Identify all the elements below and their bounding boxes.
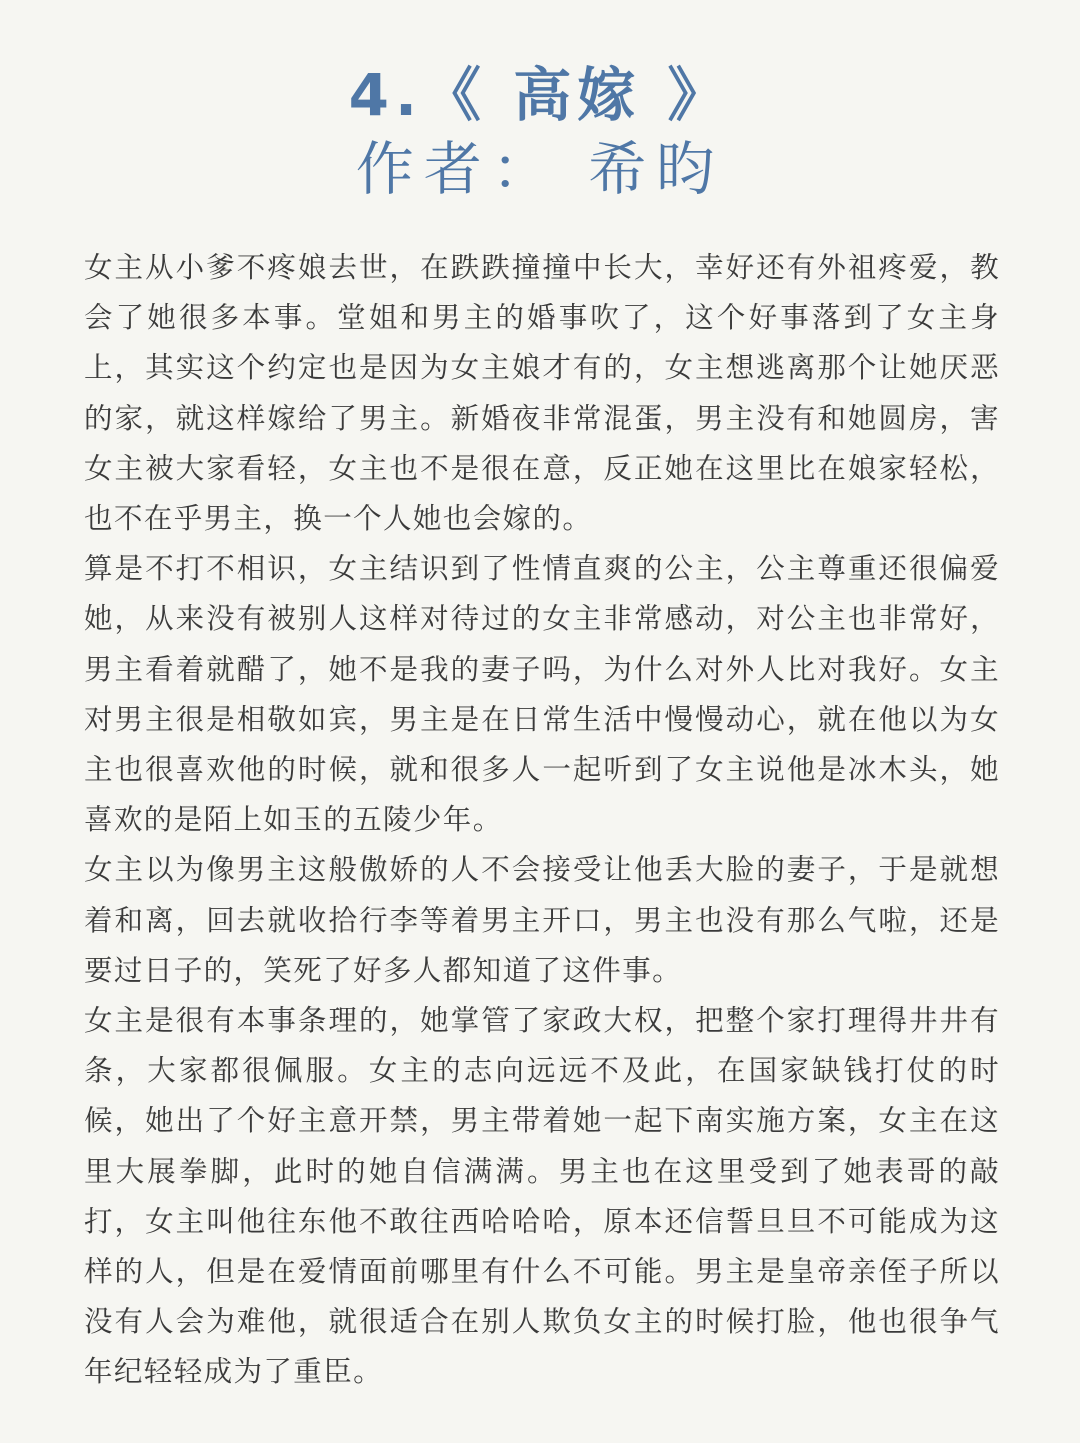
- paragraph-4: 女主是很有本事条理的，她掌管了家政大权，把整个家打理得井井有条，大家都很佩服。女…: [84, 996, 1000, 1398]
- paragraph-1: 女主从小爹不疼娘去世，在跌跌撞撞中长大，幸好还有外祖疼爱，教会了她很多本事。堂姐…: [84, 243, 1000, 544]
- book-title: 4.《 高嫁 》: [0, 58, 1080, 132]
- title-block: 4.《 高嫁 》 作者： 希昀: [0, 58, 1080, 206]
- paragraph-3: 女主以为像男主这般傲娇的人不会接受让他丢大脸的妻子，于是就想着和离，回去就收拾行…: [84, 845, 1000, 996]
- author-line: 作者： 希昀: [0, 132, 1080, 206]
- synopsis-body: 女主从小爹不疼娘去世，在跌跌撞撞中长大，幸好还有外祖疼爱，教会了她很多本事。堂姐…: [84, 243, 1000, 1398]
- paragraph-2: 算是不打不相识，女主结识到了性情直爽的公主，公主尊重还很偏爱她，从来没有被别人这…: [84, 544, 1000, 845]
